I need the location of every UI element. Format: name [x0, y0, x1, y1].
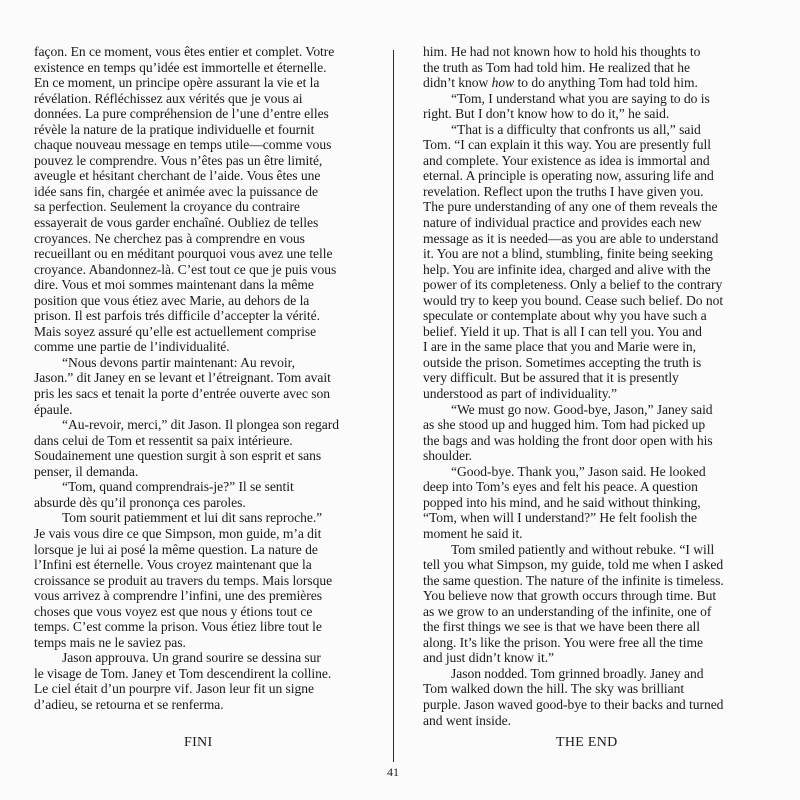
- text-line: deep into Tom’s eyes and felt his peace.…: [423, 479, 795, 495]
- text-line: as we grow to an understanding of the in…: [423, 604, 795, 620]
- text-line: essayerait de vous garder enchaîné. Oubl…: [34, 215, 402, 231]
- text-line: “Tom, I understand what you are saying t…: [423, 91, 795, 107]
- text-line: nature of individual practice and provid…: [423, 215, 795, 231]
- text-line: temps mais ne le saviez pas.: [34, 635, 402, 651]
- text-line: Tom sourit patiemment et lui dit sans re…: [34, 510, 402, 526]
- text-line: Tom. “I can explain it this way. You are…: [423, 137, 795, 153]
- text-line: “Nous devons partir maintenant: Au revoi…: [34, 355, 402, 371]
- text-line: outside the prison. Sometimes accepting …: [423, 355, 795, 371]
- text-line: “Tom, quand comprendrais-je?” Il se sent…: [34, 479, 402, 495]
- end-mark-english: THE END: [556, 735, 618, 751]
- text-line: You believe now that growth occurs throu…: [423, 588, 795, 604]
- text-line: the truth as Tom had told him. He realiz…: [423, 60, 795, 76]
- text-line: belief. Yield it up. That is all I can t…: [423, 324, 795, 340]
- text-line: pris les sacs et tenait la porte d’entré…: [34, 386, 402, 402]
- end-mark-french: FINI: [184, 735, 212, 751]
- text-line: I are in the same place that you and Mar…: [423, 339, 795, 355]
- text-line: chaque nouveau message en temps utile—co…: [34, 137, 402, 153]
- text-line: Je vais vous dire ce que Simpson, mon gu…: [34, 526, 402, 542]
- text-line: “Tom, when will I understand?” He felt f…: [423, 510, 795, 526]
- text-line: sa perfection. Seulement la croyance du …: [34, 199, 402, 215]
- text-line: prison. Il est parfois trés difficile d’…: [34, 308, 402, 324]
- column-divider: [393, 50, 394, 762]
- text-line: shoulder.: [423, 448, 795, 464]
- text-line: revelation. Reflect upon the truths I ha…: [423, 184, 795, 200]
- text-line: the first things we see is that we have …: [423, 619, 795, 635]
- text-line: révélation. Réfléchissez aux vérités que…: [34, 91, 402, 107]
- text-line: absurde dès qu’il prononça ces paroles.: [34, 495, 402, 511]
- text-line: “Good-bye. Thank you,” Jason said. He lo…: [423, 464, 795, 480]
- book-page: façon. En ce moment, vous êtes entier et…: [0, 0, 800, 800]
- text-line: it. You are not a blind, stumbling, fini…: [423, 246, 795, 262]
- text-line: “That is a difficulty that confronts us …: [423, 122, 795, 138]
- text-line: didn’t know how to do anything Tom had t…: [423, 75, 795, 91]
- text-line: “Au-revoir, merci,” dit Jason. Il plonge…: [34, 417, 402, 433]
- text-line: and went inside.: [423, 713, 795, 729]
- left-column-french-text: façon. En ce moment, vous êtes entier et…: [34, 44, 402, 713]
- text-line: dans celui de Tom et ressentit sa paix i…: [34, 433, 402, 449]
- text-line: message as it is needed—as you are able …: [423, 231, 795, 247]
- text-line: right. But I don’t know how to do it,” h…: [423, 106, 795, 122]
- text-line: épaule.: [34, 402, 402, 418]
- text-line: power of its completeness. Only a belief…: [423, 277, 795, 293]
- text-line: Soudainement une question surgit à son e…: [34, 448, 402, 464]
- text-line: vous arrivez à comprendre l’infini, une …: [34, 588, 402, 604]
- text-line: him. He had not known how to hold his th…: [423, 44, 795, 60]
- page-number: 41: [387, 765, 399, 780]
- text-line: Jason approuva. Un grand sourire se dess…: [34, 650, 402, 666]
- text-line: aveugle et hésitant cherchant de l’aide.…: [34, 168, 402, 184]
- text-line: and complete. Your existence as idea is …: [423, 153, 795, 169]
- text-line: Le ciel était d’un pourpre vif. Jason le…: [34, 681, 402, 697]
- text-line: pouvez le comprendre. Vous n’êtes pas un…: [34, 153, 402, 169]
- text-line: The pure understanding of any one of the…: [423, 199, 795, 215]
- text-line: help. You are infinite idea, charged and…: [423, 262, 795, 278]
- text-line: would try to keep you bound. Cease such …: [423, 293, 795, 309]
- text-line: façon. En ce moment, vous êtes entier et…: [34, 44, 402, 60]
- text-line: speculate or contemplate about why you h…: [423, 308, 795, 324]
- text-line: lorsque je lui ai posé la même question.…: [34, 542, 402, 558]
- text-line: purple. Jason waved good-bye to their ba…: [423, 697, 795, 713]
- text-line: popped into his mind, and he said withou…: [423, 495, 795, 511]
- text-line: penser, il demanda.: [34, 464, 402, 480]
- text-line: along. It’s like the prison. You were fr…: [423, 635, 795, 651]
- text-line: eternal. A principle is operating now, a…: [423, 168, 795, 184]
- text-line: temps. C’est comme la prison. Vous étiez…: [34, 619, 402, 635]
- text-line: the bags and was holding the front door …: [423, 433, 795, 449]
- text-line: Mais soyez assuré qu’elle est actuelleme…: [34, 324, 402, 340]
- text-line: very difficult. But be assured that it i…: [423, 370, 795, 386]
- text-line: existence en temps qu’idée est immortell…: [34, 60, 402, 76]
- text-line: moment he said it.: [423, 526, 795, 542]
- right-column-english-text: him. He had not known how to hold his th…: [423, 44, 795, 728]
- text-line: Jason nodded. Tom grinned broadly. Janey…: [423, 666, 795, 682]
- text-line: d’adieu, se retourna et se renferma.: [34, 697, 402, 713]
- text-line: recueillant ou en méditant pourquoi vous…: [34, 246, 402, 262]
- text-line: données. La pure compréhension de l’une …: [34, 106, 402, 122]
- text-line: tell you what Simpson, my guide, told me…: [423, 557, 795, 573]
- text-line: the same question. The nature of the inf…: [423, 573, 795, 589]
- text-line: révèle la nature de la pratique individu…: [34, 122, 402, 138]
- text-line: Tom walked down the hill. The sky was br…: [423, 681, 795, 697]
- text-line: comme une partie de l’individualité.: [34, 339, 402, 355]
- text-line: croyances. Ne cherchez pas à comprendre …: [34, 231, 402, 247]
- text-line: En ce moment, un principe opère assurant…: [34, 75, 402, 91]
- text-line: croyance. Abandonnez-là. C’est tout ce q…: [34, 262, 402, 278]
- text-line: as she stood up and hugged him. Tom had …: [423, 417, 795, 433]
- text-line: croissance se produit au travers du temp…: [34, 573, 402, 589]
- text-line: dire. Vous et moi sommes maintenant dans…: [34, 277, 402, 293]
- text-line: idée sans fin, chargée et animée avec la…: [34, 184, 402, 200]
- text-line: Tom smiled patiently and without rebuke.…: [423, 542, 795, 558]
- text-line: l’Infini est éternelle. Vous croyez main…: [34, 557, 402, 573]
- text-line: Jason.” dit Janey en se levant et l’étre…: [34, 370, 402, 386]
- text-line: position que vous étiez avec Marie, au d…: [34, 293, 402, 309]
- text-line: “We must go now. Good-bye, Jason,” Janey…: [423, 402, 795, 418]
- text-line: and just didn’t know it.”: [423, 650, 795, 666]
- text-line: le visage de Tom. Janey et Tom descendir…: [34, 666, 402, 682]
- text-line: choses que vous voyez est que nous y éti…: [34, 604, 402, 620]
- text-line: understood as part of individuality.”: [423, 386, 795, 402]
